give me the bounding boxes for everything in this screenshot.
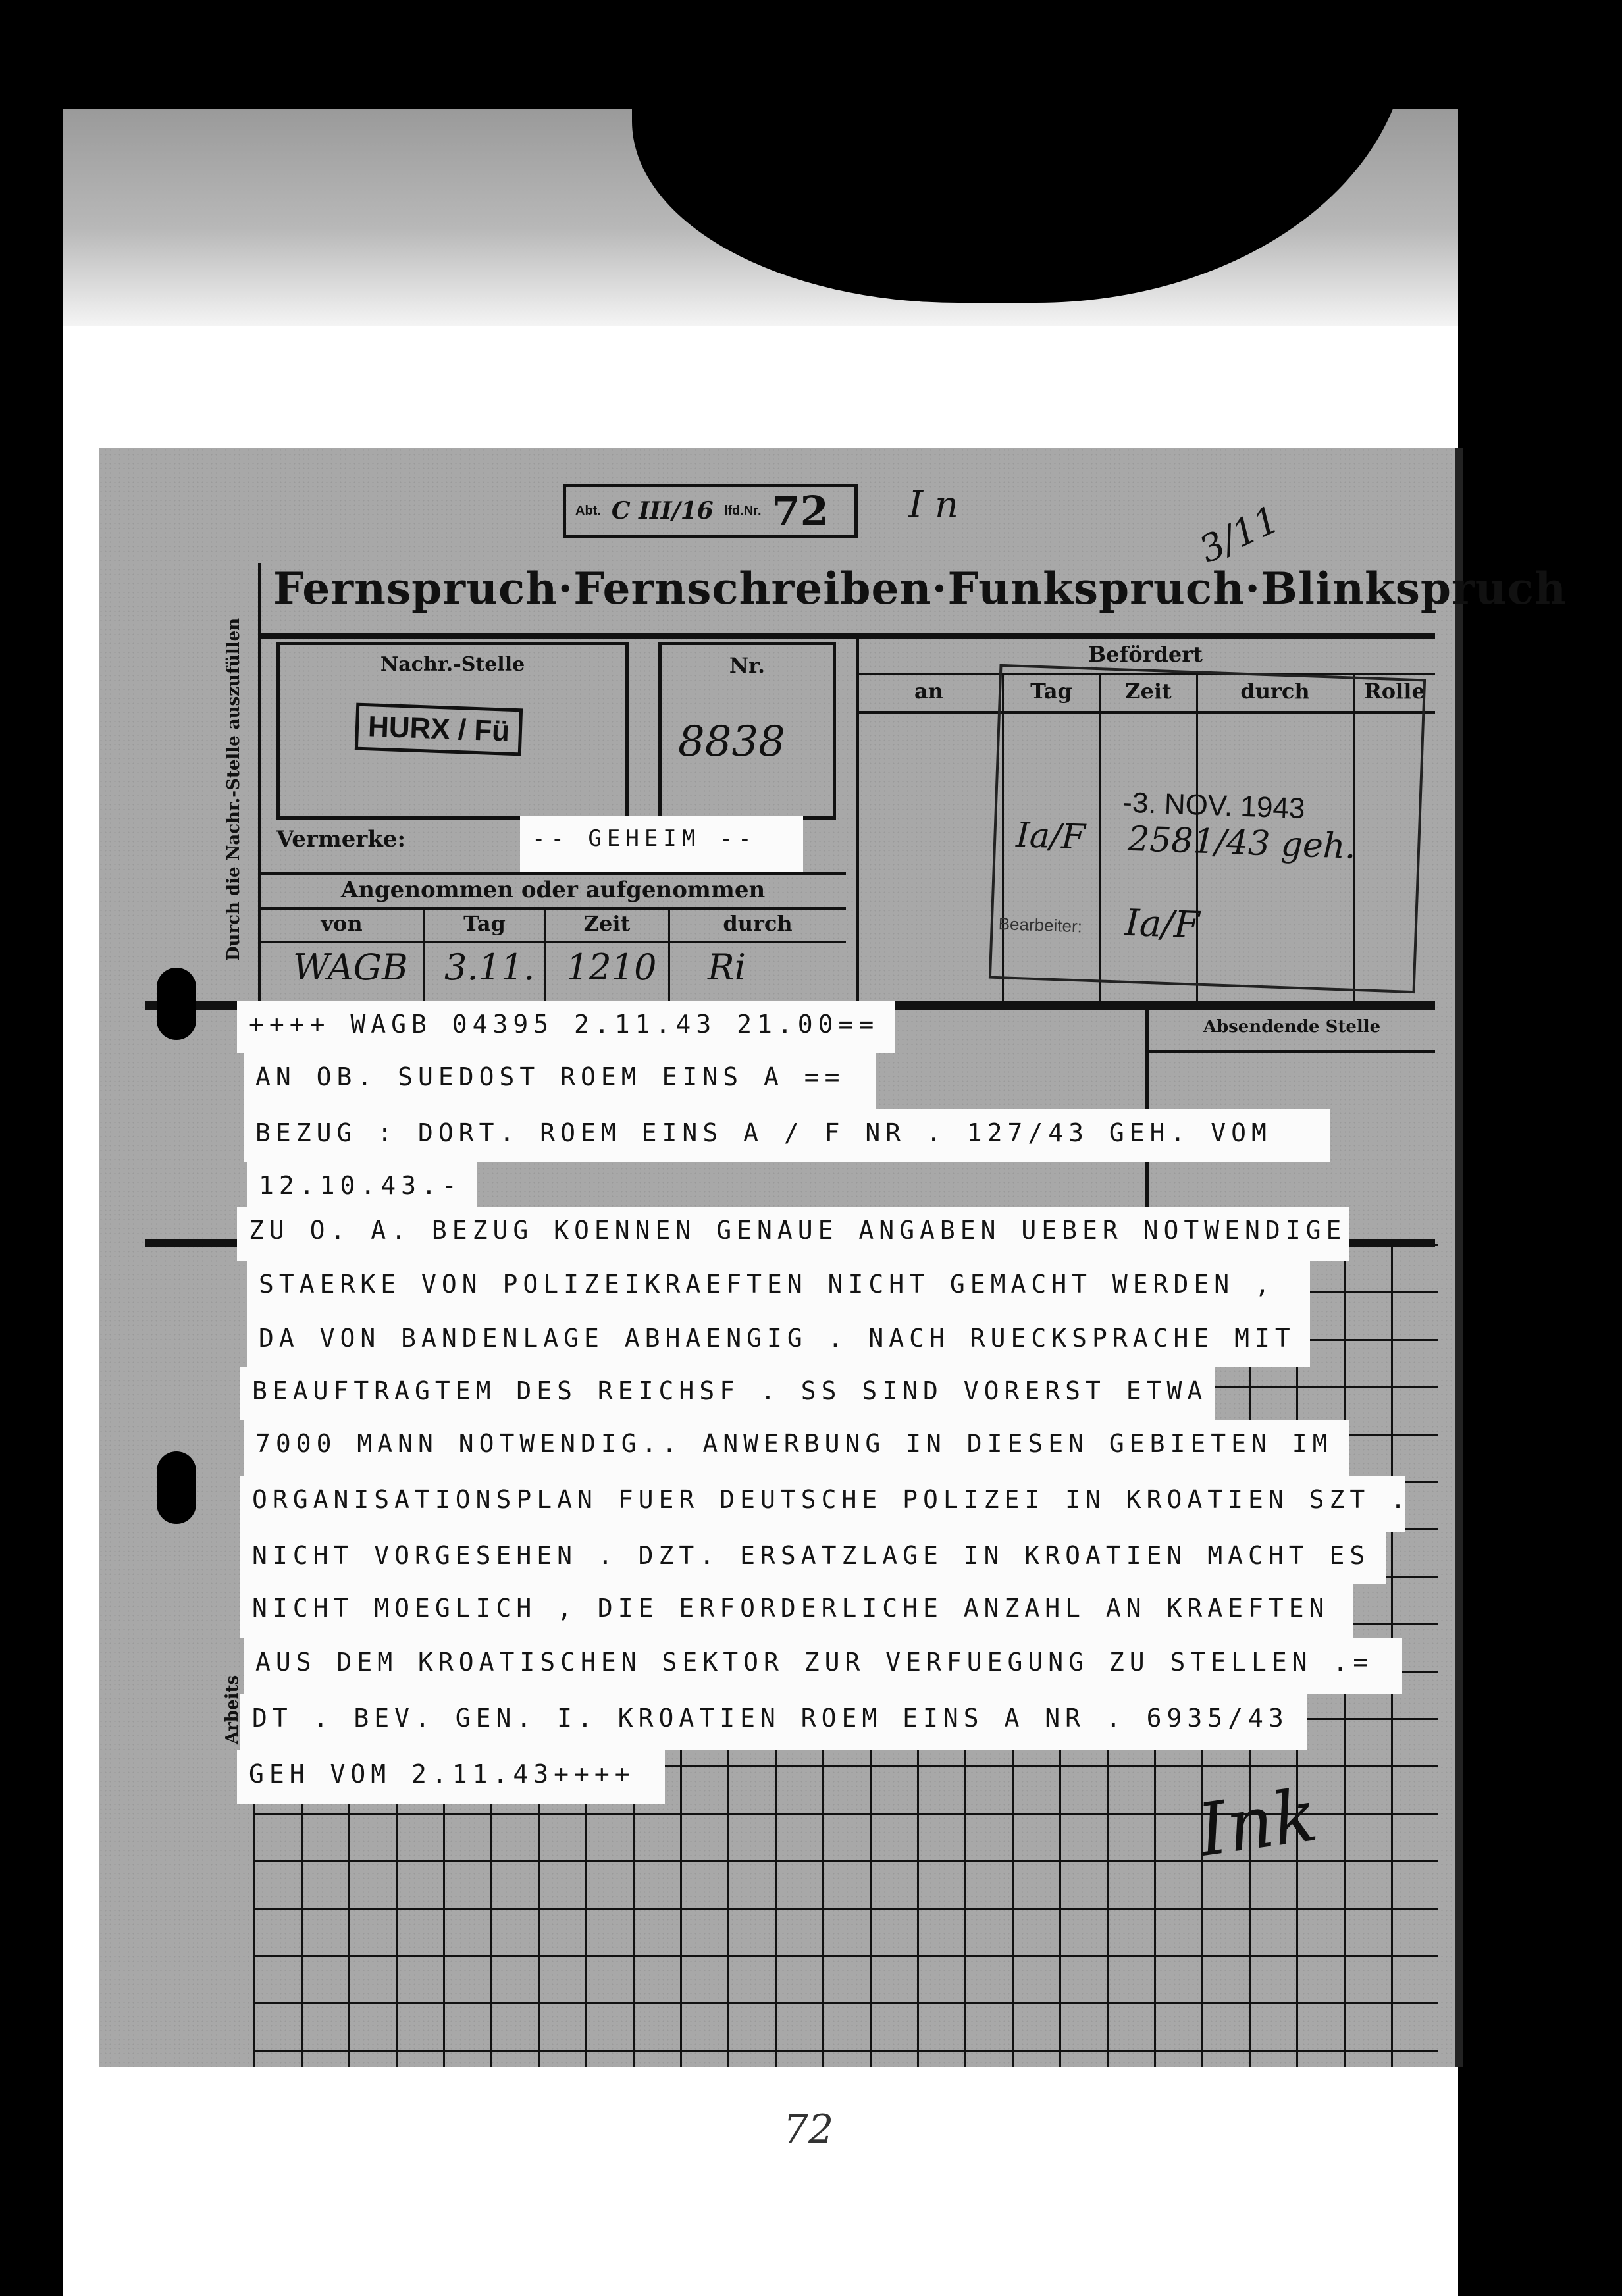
angenommen-title: Angenommen oder aufgenommen [260, 877, 846, 903]
message-line-1: ++++ WAGB 04395 2.11.43 21.00== [237, 1001, 895, 1053]
message-line-10: ORGANISATIONSPLAN FUER DEUTSCHE POLIZEI … [240, 1476, 1405, 1532]
col-durch: durch [669, 911, 846, 936]
message-line-4: 12.10.43.- [247, 1162, 477, 1207]
margin-label: Arbeits [222, 1675, 242, 1744]
vermerke-label: Vermerke: [276, 826, 405, 852]
abt-value: C III/16 [612, 497, 714, 525]
abt-label: Abt. [575, 504, 601, 519]
nachr-stelle-label: Nachr.-Stelle [280, 653, 625, 676]
form-title: Fernspruch·Fernschreiben·Funkspruch·Blin… [273, 563, 1567, 614]
form-edge [1455, 448, 1463, 2067]
message-line-13: AUS DEM KROATISCHEN SEKTOR ZUR VERFUEGUN… [244, 1638, 1402, 1694]
von-value: WAGB [293, 947, 408, 988]
message-line-6: STAERKE VON POLIZEIKRAEFTEN NICHT GEMACH… [247, 1261, 1310, 1315]
befoerdert-title: Befördert [856, 642, 1435, 667]
tag-value: 3.11. [444, 947, 535, 988]
message-line-9: 7000 MANN NOTWENDIG.. ANWERBUNG IN DIESE… [244, 1420, 1349, 1476]
archive-stamp: Abt. C III/16 lfd.Nr. 72 [563, 484, 858, 538]
col-zeit: Zeit [546, 911, 668, 936]
message-line-2: AN OB. SUEDOST ROEM EINS A == [244, 1053, 876, 1109]
punch-hole-1 [157, 968, 196, 1040]
angenommen-table: von Tag Zeit durch WAGB 3.11. 1210 Ri [260, 908, 846, 1004]
lfd-value: 72 [772, 487, 829, 535]
signature: Ink [1194, 1783, 1321, 1864]
absendende-label: Absendende Stelle [1149, 1017, 1435, 1037]
nachr-stelle-stamp: HURX / Fü [355, 703, 523, 756]
lfd-label: lfd.Nr. [724, 504, 762, 519]
punch-hole-2 [157, 1451, 196, 1524]
vermerke-strip: -- GEHEIM -- [520, 816, 803, 872]
message-line-15: GEH VOM 2.11.43++++ [237, 1750, 665, 1804]
receipt-dept: Ia/F [1015, 816, 1086, 858]
handwritten-mark: I n [908, 484, 958, 527]
message-line-3: BEZUG : DORT. ROEM EINS A / F NR . 127/4… [244, 1109, 1330, 1162]
bearb-label: Bearbeiter: [998, 914, 1082, 937]
zeit-value: 1210 [566, 947, 656, 988]
col-tag: Tag [425, 911, 544, 936]
absendende-rule [1149, 1050, 1435, 1053]
message-line-7: DA VON BANDENLAGE ABHAENGIG . NACH RUECK… [247, 1315, 1310, 1367]
receipt-number: 2581/43 geh. [1127, 820, 1357, 867]
bearb-value: Ia/F [1124, 902, 1200, 947]
bottom-margin [63, 2067, 1458, 2296]
message-line-12: NICHT MOEGLICH , DIE ERFORDERLICHE ANZAH… [240, 1584, 1353, 1638]
nachr-stelle-box: Nachr.-Stelle HURX / Fü [276, 642, 629, 820]
nr-value: 8838 [678, 717, 785, 766]
vermerke-rule [260, 872, 846, 875]
durch-value: Ri [708, 947, 746, 988]
receipt-stamp: -3. NOV. 1943 Ia/F 2581/43 geh. Bearbeit… [989, 664, 1426, 993]
title-rule [260, 633, 1435, 639]
col-von: von [260, 911, 423, 936]
message-line-8: BEAUFTRAGTEM DES REICHSF . SS SIND VORER… [240, 1367, 1215, 1420]
nr-box: Nr. 8838 [658, 642, 836, 820]
bottom-mark: 72 [783, 2106, 833, 2152]
message-line-14: DT . BEV. GEN. I. KROATIEN ROEM EINS A N… [240, 1694, 1307, 1750]
side-note: Durch die Nachr.-Stelle auszufüllen [224, 618, 244, 961]
col-an: an [856, 679, 1002, 704]
message-line-11: NICHT VORGESEHEN . DZT. ERSATZLAGE IN KR… [240, 1532, 1386, 1584]
nr-label: Nr. [662, 653, 833, 678]
message-line-5: ZU O. A. BEZUG KOENNEN GENAUE ANGABEN UE… [237, 1207, 1349, 1261]
